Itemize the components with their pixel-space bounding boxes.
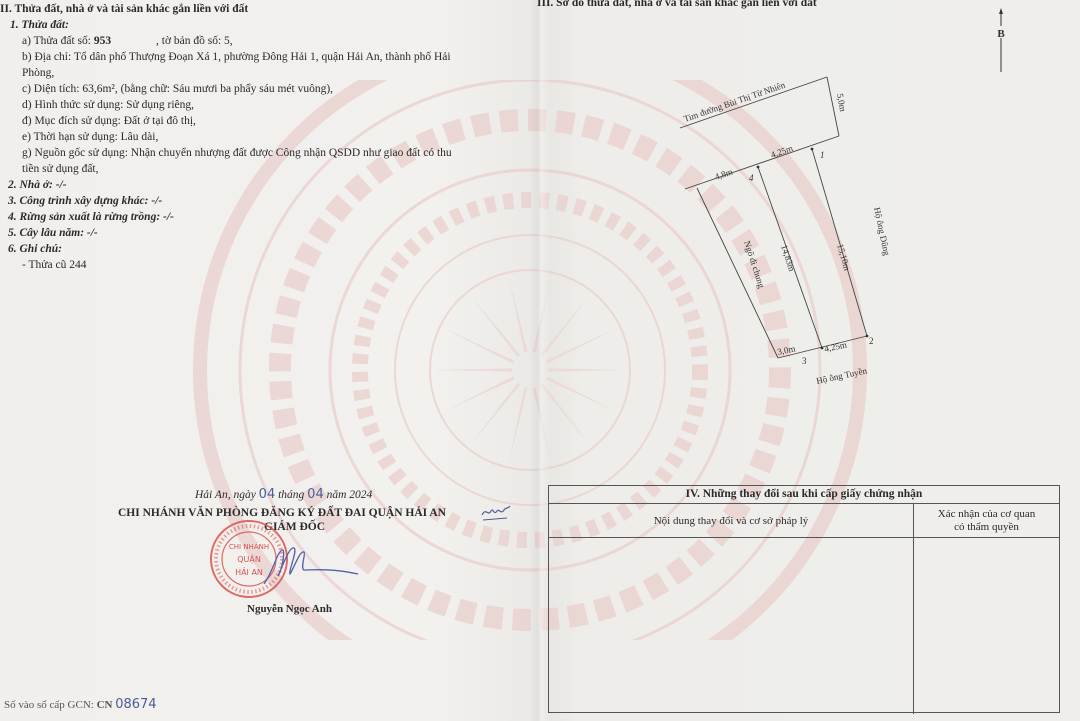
- signature-scribble: [260, 540, 360, 590]
- svg-text:Tim đường Bùi Thị Từ Nhiên: Tim đường Bùi Thị Từ Nhiên: [682, 80, 787, 124]
- notes-heading: 6. Ghi chú:: [8, 242, 62, 256]
- registry-handwritten-number: 08674: [115, 697, 156, 712]
- svg-text:4,25m: 4,25m: [823, 339, 847, 354]
- col-authority-confirmation: Xác nhận của cơ quan có thẩm quyền: [914, 504, 1059, 537]
- section2-title: II. Thửa đất, nhà ở và tài sản khác gắn …: [0, 2, 248, 16]
- usage-form: d) Hình thức sử dụng: Sử dụng riêng,: [22, 98, 194, 112]
- svg-text:1: 1: [820, 150, 825, 160]
- svg-text:4: 4: [749, 173, 754, 183]
- signer-name: Nguyễn Ngọc Anh: [247, 602, 332, 616]
- svg-text:4,8m: 4,8m: [713, 166, 734, 181]
- svg-text:15,10m: 15,10m: [835, 243, 852, 272]
- land-heading: 1. Thửa đất:: [10, 18, 69, 32]
- authority-confirmation-cell: [914, 538, 1059, 714]
- origin-line2: tiền sử dụng đất,: [22, 162, 99, 176]
- origin-line1: g) Nguồn gốc sử dụng: Nhận chuyển nhượng…: [22, 146, 452, 160]
- svg-text:B: B: [997, 28, 1005, 40]
- svg-text:4,25m: 4,25m: [769, 143, 794, 160]
- svg-text:2: 2: [869, 336, 874, 346]
- other-construction: 3. Công trình xây dựng khác: -/-: [8, 194, 162, 208]
- svg-text:Hộ ông Dũng: Hộ ông Dũng: [872, 206, 892, 256]
- perennial-trees: 5. Cây lâu năm: -/-: [8, 226, 98, 240]
- svg-text:5,0m: 5,0m: [835, 93, 848, 113]
- production-forest: 4. Rừng sản xuất là rừng trồng: -/-: [8, 210, 174, 224]
- col-change-content: Nội dung thay đổi và cơ sở pháp lý: [549, 504, 914, 537]
- issue-date: Hải An, ngày 04 tháng 04 năm 2024: [195, 488, 372, 502]
- svg-text:3,0m: 3,0m: [776, 343, 796, 357]
- parcel-number: 953: [94, 35, 111, 47]
- address-line2: Phòng,: [22, 66, 54, 80]
- section4-title: IV. Những thay đổi sau khi cấp giấy chứn…: [549, 486, 1059, 504]
- svg-text:14,83m: 14,83m: [779, 244, 797, 273]
- svg-text:Hộ ông Tuyền: Hộ ông Tuyền: [815, 365, 868, 386]
- parcel-number-row: a) Thửa đất số: 953: [22, 34, 111, 48]
- notes-value: - Thửa cũ 244: [22, 258, 86, 272]
- handwritten-initial: [480, 503, 512, 523]
- changes-table-header: Nội dung thay đổi và cơ sở pháp lý Xác n…: [549, 504, 1059, 538]
- changes-table-body: [549, 538, 1059, 714]
- house: 2. Nhà ở: -/-: [8, 178, 67, 192]
- svg-text:3: 3: [802, 356, 807, 366]
- change-content-cell: [549, 538, 914, 714]
- usage-term: e) Thời hạn sử dụng: Lâu dài,: [22, 130, 158, 144]
- issue-day: 04: [259, 487, 276, 502]
- changes-table: IV. Những thay đổi sau khi cấp giấy chứn…: [548, 485, 1060, 713]
- parcel-number-label: a) Thửa đất số:: [22, 35, 91, 47]
- svg-text:Ngõ đi chung: Ngõ đi chung: [742, 240, 767, 290]
- issue-month: 04: [307, 487, 324, 502]
- svg-text:HẢI AN: HẢI AN: [235, 566, 263, 577]
- usage-purpose: đ) Mục đích sử dụng: Đất ở tại đô thị,: [22, 114, 196, 128]
- land-parcel-diagram: B Tim đường Bùi Thị Từ Nhiên 5,0m 4,8m 4…: [540, 0, 1080, 480]
- registry-number: Số vào sổ cấp GCN: CN 08674: [4, 698, 157, 712]
- address-line1: b) Địa chỉ: Tổ dân phố Thượng Đoạn Xá 1,…: [22, 50, 451, 64]
- north-arrow-icon: B: [994, 8, 1008, 72]
- area: c) Diện tích: 63,6m², (bằng chữ: Sáu mươ…: [22, 82, 333, 96]
- map-sheet: , tờ bản đồ số: 5,: [156, 34, 233, 48]
- svg-text:QUẬN: QUẬN: [237, 553, 261, 565]
